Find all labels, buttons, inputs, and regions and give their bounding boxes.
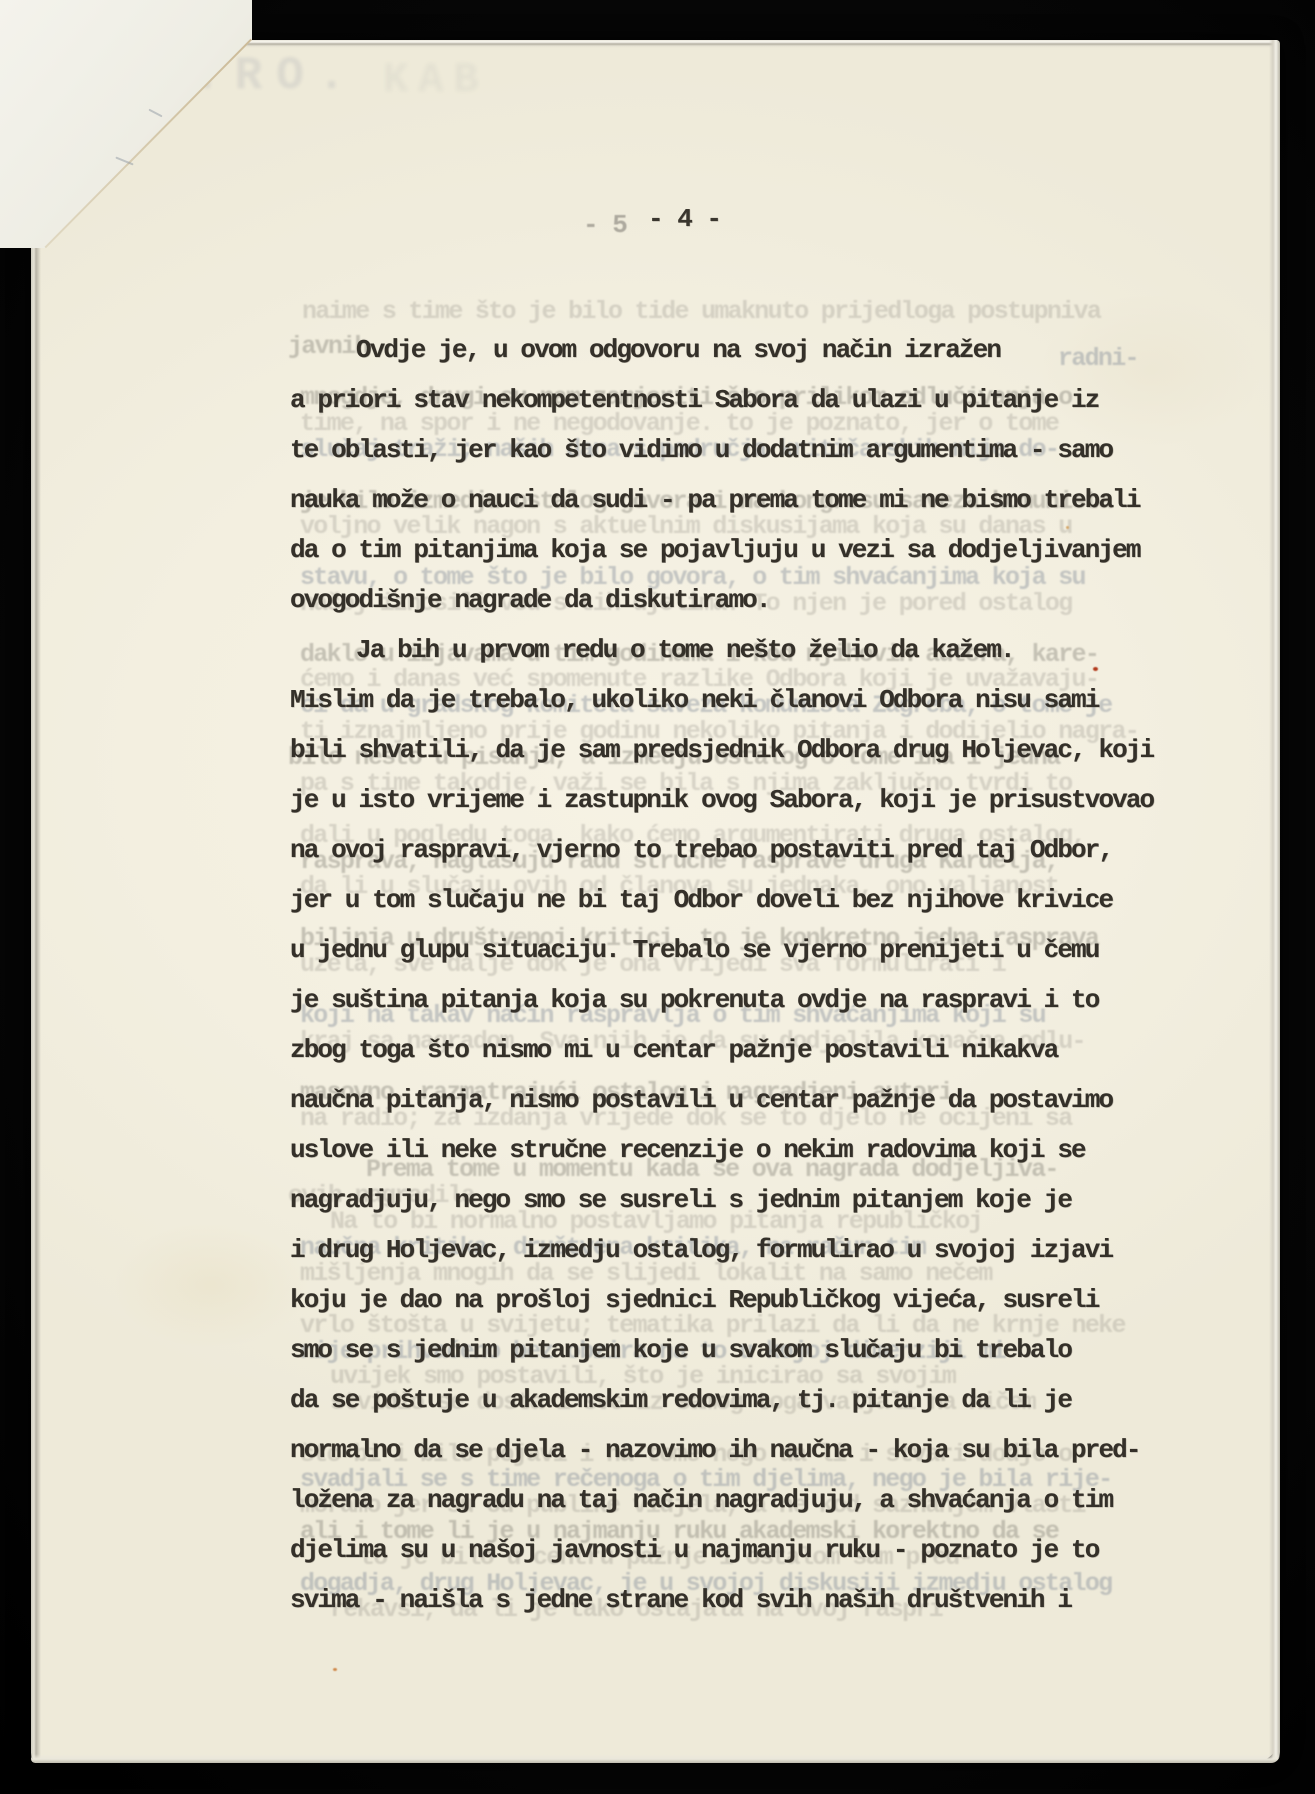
page-number: - 4 -: [648, 204, 721, 234]
document-line: zbog toga što nismo mi u centar pažnje p…: [290, 1037, 1057, 1063]
document-line: bili shvatili, da je sam predsjednik Odb…: [290, 737, 1153, 763]
page-edge-left: [31, 40, 41, 1763]
document-line: je u isto vrijeme i zastupnik ovog Sabor…: [290, 787, 1153, 813]
document-line: je suština pitanja koja su pokrenuta ovd…: [290, 987, 1098, 1013]
document-line: djelima su u našoj javnosti u najmanju r…: [290, 1537, 1098, 1563]
document-line: ovogodišnje nagrade da diskutiramo.: [290, 587, 770, 613]
document-line: smo se s jednim pitanjem koje u svakom s…: [290, 1337, 1071, 1363]
page-edge-right: [1269, 40, 1280, 1763]
faded-stamp-secondary: KAB: [383, 56, 489, 104]
document-line: naučna pitanja, nismo postavili u centar…: [290, 1087, 1112, 1113]
bleedthrough-fragment: naime s time što je bilo tide umaknuto p…: [302, 299, 1100, 324]
document-line: Mislim da je trebalo, ukoliko neki člano…: [290, 687, 1098, 713]
document-page: TRO. KAB - 5 - 4 - naime s time što je b…: [31, 40, 1280, 1763]
scan-background: TRO. KAB - 5 - 4 - naime s time što je b…: [0, 0, 1315, 1794]
paper-speck: [1066, 526, 1069, 529]
page-edge-bottom: [31, 1754, 1280, 1763]
document-line: svima - naišla s jedne strane kod svih n…: [290, 1587, 1071, 1613]
document-line: na ovoj raspravi, vjerno to trebao posta…: [290, 837, 1112, 863]
document-line: normalno da se djela - nazovimo ih naučn…: [290, 1437, 1140, 1463]
ink-speck-red: [1093, 667, 1098, 671]
document-line: nauka može o nauci da sudi - pa prema to…: [290, 487, 1140, 513]
document-line: i drug Holjevac, izmedju ostalog, formul…: [290, 1237, 1112, 1263]
document-line: a priori stav nekompetentnosti Sabora da…: [290, 387, 1098, 413]
document-line: uslove ili neke stručne recenzije o neki…: [290, 1137, 1085, 1163]
paper-speck: [333, 1668, 337, 1671]
document-line: ložena za nagradu na taj način nagradjuj…: [290, 1487, 1112, 1513]
document-line: Ovdje je, u ovom odgovoru na svoj način …: [356, 337, 1000, 363]
document-line: nagradjuju, nego smo se susreli s jednim…: [290, 1187, 1071, 1213]
document-line: u jednu glupu situaciju. Trebalo se vjer…: [290, 937, 1098, 963]
page-number-ghost: - 5: [583, 210, 627, 240]
document-line: te oblasti, jer kao što vidimo u dodatni…: [290, 437, 1112, 463]
document-line: da se poštuje u akademskim redovima, tj.…: [290, 1387, 1071, 1413]
document-line: jer u tom slučaju ne bi taj Odbor doveli…: [290, 887, 1112, 913]
bleedthrough-fragment: radni-: [1058, 346, 1138, 371]
document-line: da o tim pitanjima koja se pojavljuju u …: [290, 537, 1140, 563]
document-line: koju je dao na prošloj sjednici Republič…: [290, 1287, 1098, 1313]
document-line: Ja bih u prvom redu o tome nešto želio d…: [356, 637, 1014, 663]
